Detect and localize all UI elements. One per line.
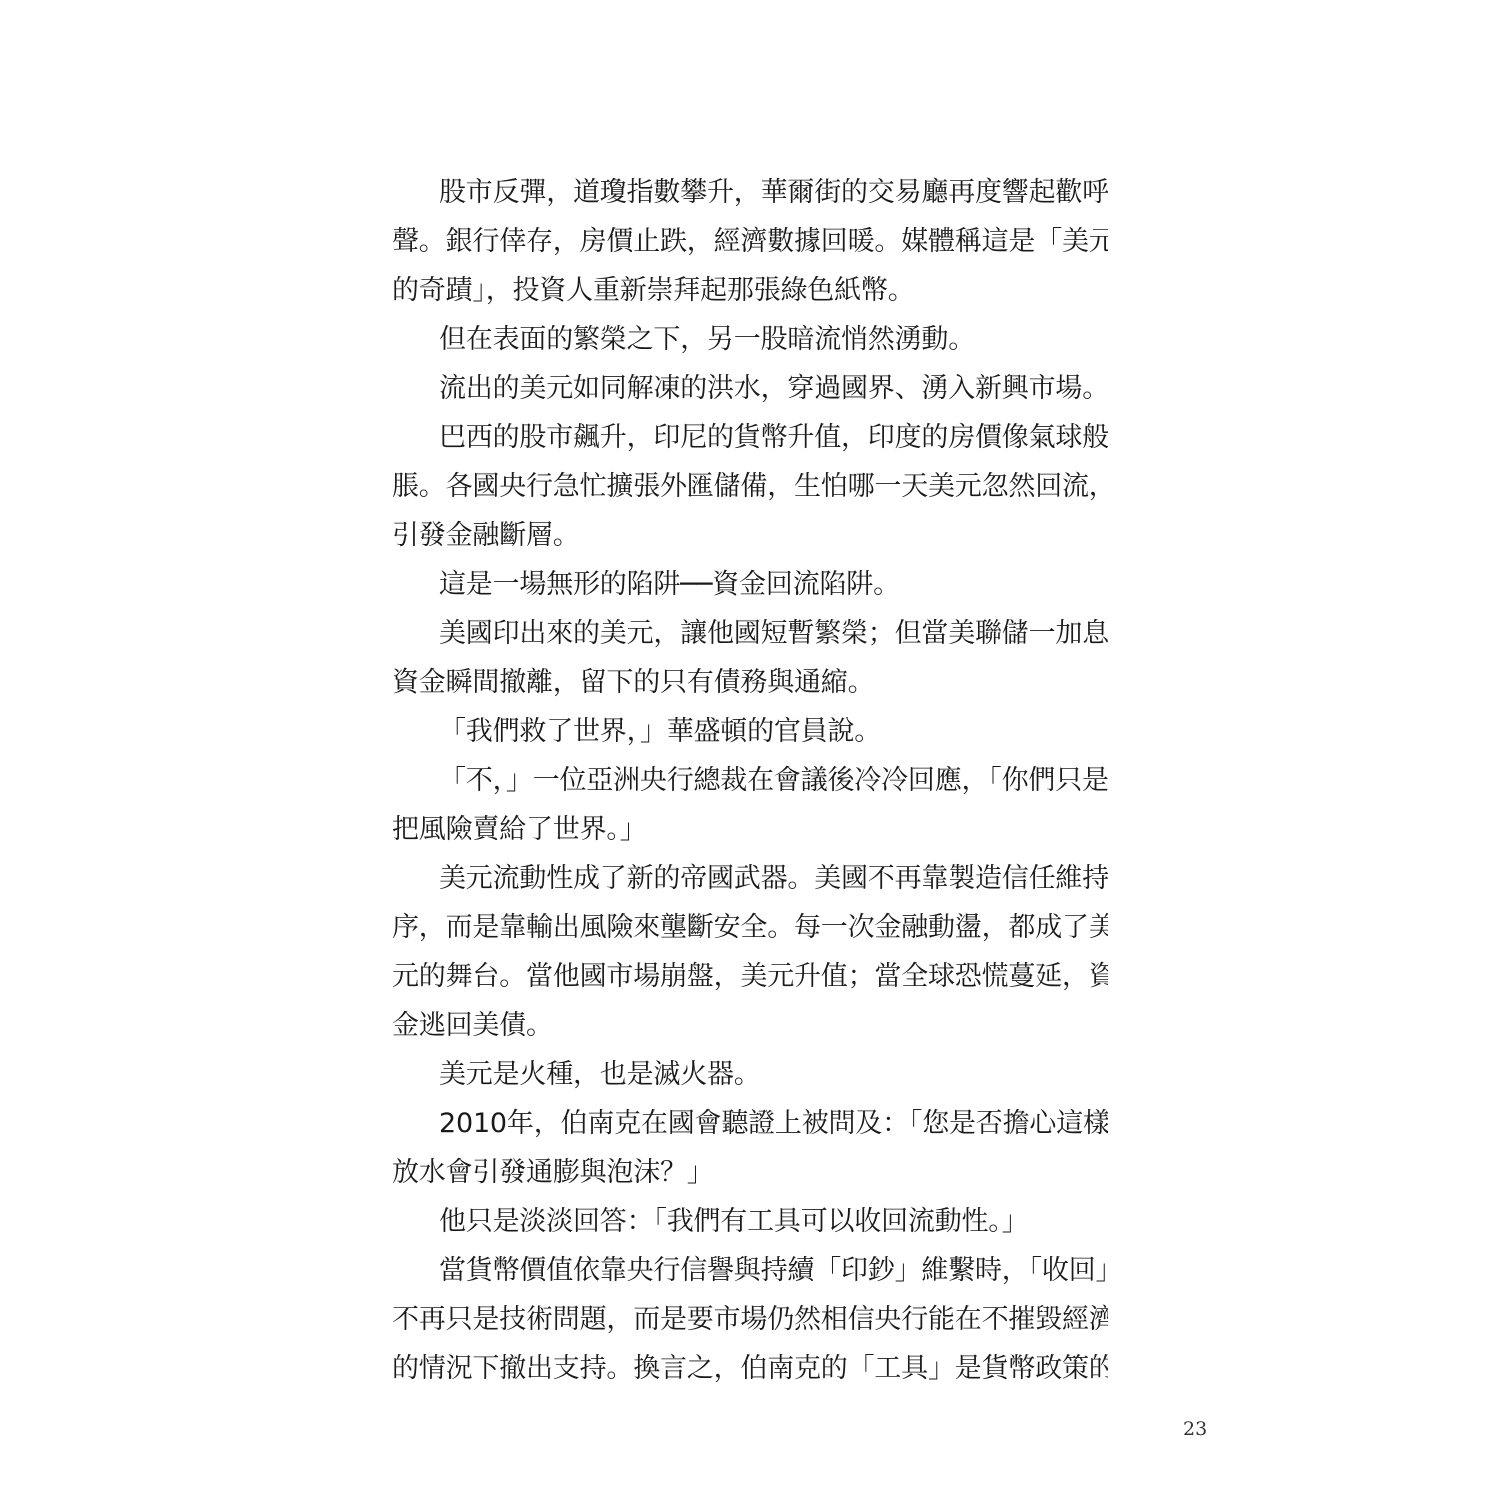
text-line: 美元流動性成了新的帝國武器。美國不再靠製造信任維持秩 — [392, 854, 1108, 903]
text-line: 當貨幣價值依靠央行信譽與持續「印鈔」維繫時，「收回」 — [392, 1246, 1108, 1295]
text-line: 元的舞台。當他國市場崩盤，美元升值；當全球恐慌蔓延，資 — [392, 952, 1108, 1001]
text-line: 流出的美元如同解凍的洪水，穿過國界、湧入新興市場。 — [392, 364, 1108, 413]
text-line: 把風險賣給了世界。」 — [392, 805, 1108, 854]
text-line: 但在表面的繁榮之下，另一股暗流悄然湧動。 — [392, 315, 1108, 364]
text-line: 股市反彈，道瓊指數攀升，華爾街的交易廳再度響起歡呼 — [392, 168, 1108, 217]
text-line: 這是一場無形的陷阱──資金回流陷阱。 — [392, 560, 1108, 609]
text-line: 巴西的股市飆升，印尼的貨幣升值，印度的房價像氣球般鼓 — [392, 413, 1108, 462]
document-page: 股市反彈，道瓊指數攀升，華爾街的交易廳再度響起歡呼 聲。銀行倖存，房價止跌，經濟… — [0, 0, 1500, 1500]
text-line: 引發金融斷層。 — [392, 511, 1108, 560]
text-line: 不再只是技術問題，而是要市場仍然相信央行能在不摧毀經濟 — [392, 1295, 1108, 1344]
text-line: 他只是淡淡回答：「我們有工具可以收回流動性。」 — [392, 1197, 1108, 1246]
text-line: 的奇蹟」，投資人重新崇拜起那張綠色紙幣。 — [392, 266, 1108, 315]
text-line: 序，而是靠輸出風險來壟斷安全。每一次金融動盪，都成了美 — [392, 903, 1108, 952]
text-line: 資金瞬間撤離，留下的只有債務與通縮。 — [392, 658, 1108, 707]
text-line: 美國印出來的美元，讓他國短暫繁榮；但當美聯儲一加息， — [392, 609, 1108, 658]
text-line: 的情況下撤出支持。換言之，伯南克的「工具」是貨幣政策的 — [392, 1344, 1108, 1393]
page-number: 23 — [1183, 1418, 1207, 1440]
text-line: 聲。銀行倖存，房價止跌，經濟數據回暖。媒體稱這是「美元 — [392, 217, 1108, 266]
text-line: 美元是火種，也是滅火器。 — [392, 1050, 1108, 1099]
text-line: 放水會引發通膨與泡沫？」 — [392, 1148, 1108, 1197]
text-line: 脹。各國央行急忙擴張外匯儲備，生怕哪一天美元忽然回流， — [392, 462, 1108, 511]
text-line: 「不，」一位亞洲央行總裁在會議後冷冷回應，「你們只是 — [392, 756, 1108, 805]
text-line: 「我們救了世界，」華盛頓的官員說。 — [392, 707, 1108, 756]
body-text: 股市反彈，道瓊指數攀升，華爾街的交易廳再度響起歡呼 聲。銀行倖存，房價止跌，經濟… — [392, 168, 1108, 1393]
text-line: 金逃回美債。 — [392, 1001, 1108, 1050]
text-line: 2010年，伯南克在國會聽證上被問及：「您是否擔心這樣的 — [392, 1099, 1108, 1148]
